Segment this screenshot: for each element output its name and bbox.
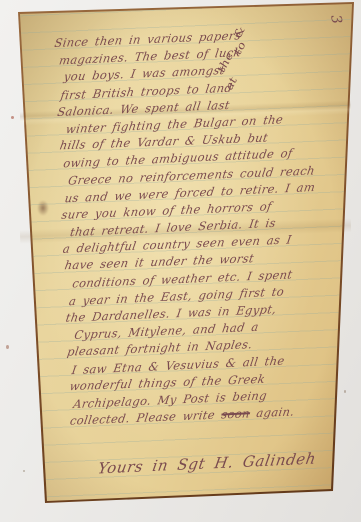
ink-stain xyxy=(37,200,49,216)
photo-stage: 3 Since then in various papers&magazines… xyxy=(0,0,361,522)
dust-speck xyxy=(6,345,9,349)
letter-lines: Since then in various papers&magazines. … xyxy=(54,25,350,431)
dust-speck xyxy=(11,116,14,119)
dust-speck xyxy=(23,470,25,472)
struck-word: soon xyxy=(220,406,251,421)
